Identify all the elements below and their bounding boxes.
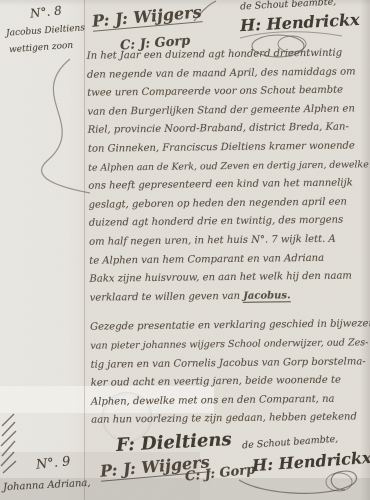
- register-page: P: J: Wijgers C: J: Gorp de Schout beamb…: [0, 0, 370, 500]
- act-line-childname: verklaard te willen geven van Jacobus.: [90, 286, 368, 308]
- bottom-official-title: de Schout beambte,: [242, 434, 339, 452]
- act-line-prefix: verklaard te willen geven van: [90, 291, 240, 304]
- top-signature-wijgers: P: J: Wijgers: [91, 2, 202, 31]
- top-official-title: de Schout beambte,: [240, 0, 337, 13]
- child-given-name: Jacobus.: [243, 290, 290, 303]
- act-body: In het Jaar een duizend agt honderd drie…: [87, 44, 370, 430]
- act-line: aan hun voorlezing te zijn gedaan, hebbe…: [91, 409, 369, 431]
- margin-rule: [84, 0, 85, 500]
- left-margin-column: [0, 0, 84, 500]
- top-signature-hendrickx: H: Hendrickx: [240, 10, 360, 35]
- signature-hendrickx: H: Hendrickx: [251, 448, 370, 475]
